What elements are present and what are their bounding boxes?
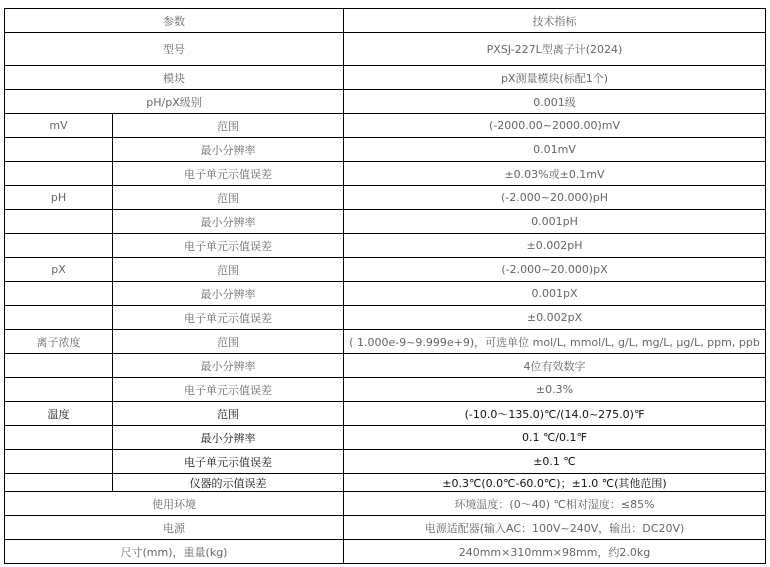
group-label-ph: pH xyxy=(5,186,113,210)
item-value: 0.001pX xyxy=(344,282,766,306)
row-module: 模块 pX测量模块(标配1个) xyxy=(5,66,766,90)
row-conc-resolution: 最小分辨率 4位有效数字 xyxy=(5,354,766,378)
group-label-empty xyxy=(5,138,113,162)
item-value: ±0.3℃(0.0℃-60.0℃)；±1.0 ℃(其他范围) xyxy=(344,474,766,492)
row-conc-range: 离子浓度 范围 ( 1.000e-9~9.999e+9)，可选单位 mol/L,… xyxy=(5,330,766,354)
row-dimensions: 尺寸(mm)，重量(kg) 240mm×310mm×98mm，约2.0kg xyxy=(5,540,766,564)
row-label: 电源 xyxy=(5,516,344,540)
row-mv-resolution: 最小分辨率 0.01mV xyxy=(5,138,766,162)
group-label-temperature: 温度 xyxy=(5,402,113,426)
group-label-empty xyxy=(5,306,113,330)
group-label-empty xyxy=(5,210,113,234)
row-label: 模块 xyxy=(5,66,344,90)
row-ph-resolution: 最小分辨率 0.001pH xyxy=(5,210,766,234)
group-label-mv: mV xyxy=(5,114,113,138)
row-ph-range: pH 范围 (-2.000~20.000)pH xyxy=(5,186,766,210)
item-value: (-2.000~20.000)pX xyxy=(344,258,766,282)
row-value: pX测量模块(标配1个) xyxy=(344,66,766,90)
item-label: 电子单元示值误差 xyxy=(113,378,344,402)
header-row: 参数 技术指标 xyxy=(5,9,766,33)
item-label: 电子单元示值误差 xyxy=(113,306,344,330)
row-ph-error: 电子单元示值误差 ±0.002pH xyxy=(5,234,766,258)
header-spec: 技术指标 xyxy=(344,9,766,33)
item-label: 范围 xyxy=(113,186,344,210)
row-level: pH/pX级别 0.001级 xyxy=(5,90,766,114)
group-label-empty xyxy=(5,474,113,492)
item-value: 0.01mV xyxy=(344,138,766,162)
row-value: 240mm×310mm×98mm，约2.0kg xyxy=(344,540,766,564)
row-mv-range: mV 范围 (-2000.00~2000.00)mV xyxy=(5,114,766,138)
row-value: PXSJ-227L型离子计(2024) xyxy=(344,33,766,66)
item-label: 电子单元示值误差 xyxy=(113,162,344,186)
item-label: 最小分辨率 xyxy=(113,282,344,306)
item-value: (-2000.00~2000.00)mV xyxy=(344,114,766,138)
row-px-range: pX 范围 (-2.000~20.000)pX xyxy=(5,258,766,282)
item-value: (-10.0～135.0)℃/(14.0~275.0)℉ xyxy=(344,402,766,426)
spec-table: 参数 技术指标 型号 PXSJ-227L型离子计(2024) 模块 pX测量模块… xyxy=(4,8,766,564)
item-label: 最小分辨率 xyxy=(113,210,344,234)
row-value: 环境温度：(0～40) ℃相对湿度：≤85% xyxy=(344,492,766,516)
item-value: ±0.002pX xyxy=(344,306,766,330)
row-model: 型号 PXSJ-227L型离子计(2024) xyxy=(5,33,766,66)
row-temp-range: 温度 范围 (-10.0～135.0)℃/(14.0~275.0)℉ xyxy=(5,402,766,426)
group-label-empty xyxy=(5,234,113,258)
group-label-px: pX xyxy=(5,258,113,282)
group-label-empty xyxy=(5,354,113,378)
row-px-resolution: 最小分辨率 0.001pX xyxy=(5,282,766,306)
item-label: 电子单元示值误差 xyxy=(113,234,344,258)
group-label-empty xyxy=(5,426,113,450)
group-label-empty xyxy=(5,450,113,474)
item-label: 范围 xyxy=(113,330,344,354)
group-label-empty xyxy=(5,162,113,186)
row-power: 电源 电源适配器(输入AC：100V~240V，输出：DC20V) xyxy=(5,516,766,540)
item-value: 0.001pH xyxy=(344,210,766,234)
item-label: 范围 xyxy=(113,258,344,282)
row-environment: 使用环境 环境温度：(0～40) ℃相对湿度：≤85% xyxy=(5,492,766,516)
item-label: 最小分辨率 xyxy=(113,138,344,162)
item-value: ±0.002pH xyxy=(344,234,766,258)
row-px-error: 电子单元示值误差 ±0.002pX xyxy=(5,306,766,330)
header-param: 参数 xyxy=(5,9,344,33)
item-value: ( 1.000e-9~9.999e+9)，可选单位 mol/L, mmol/L,… xyxy=(344,330,766,354)
row-mv-error: 电子单元示值误差 ±0.03%或±0.1mV xyxy=(5,162,766,186)
item-value: ±0.1 ℃ xyxy=(344,450,766,474)
item-label: 范围 xyxy=(113,114,344,138)
row-label: pH/pX级别 xyxy=(5,90,344,114)
group-label-concentration: 离子浓度 xyxy=(5,330,113,354)
item-label: 电子单元示值误差 xyxy=(113,450,344,474)
item-label: 仪器的示值误差 xyxy=(113,474,344,492)
item-value: (-2.000~20.000)pH xyxy=(344,186,766,210)
row-label: 尺寸(mm)，重量(kg) xyxy=(5,540,344,564)
item-value: 0.1 ℃/0.1℉ xyxy=(344,426,766,450)
item-value: ±0.03%或±0.1mV xyxy=(344,162,766,186)
item-value: 4位有效数字 xyxy=(344,354,766,378)
group-label-empty xyxy=(5,378,113,402)
item-label: 范围 xyxy=(113,402,344,426)
row-label: 使用环境 xyxy=(5,492,344,516)
row-conc-error: 电子单元示值误差 ±0.3% xyxy=(5,378,766,402)
row-value: 电源适配器(输入AC：100V~240V，输出：DC20V) xyxy=(344,516,766,540)
row-value: 0.001级 xyxy=(344,90,766,114)
item-label: 最小分辨率 xyxy=(113,426,344,450)
row-temp-electronic-error: 电子单元示值误差 ±0.1 ℃ xyxy=(5,450,766,474)
item-label: 最小分辨率 xyxy=(113,354,344,378)
group-label-empty xyxy=(5,282,113,306)
item-value: ±0.3% xyxy=(344,378,766,402)
row-temp-resolution: 最小分辨率 0.1 ℃/0.1℉ xyxy=(5,426,766,450)
row-label: 型号 xyxy=(5,33,344,66)
row-temp-instrument-error: 仪器的示值误差 ±0.3℃(0.0℃-60.0℃)；±1.0 ℃(其他范围) xyxy=(5,474,766,492)
